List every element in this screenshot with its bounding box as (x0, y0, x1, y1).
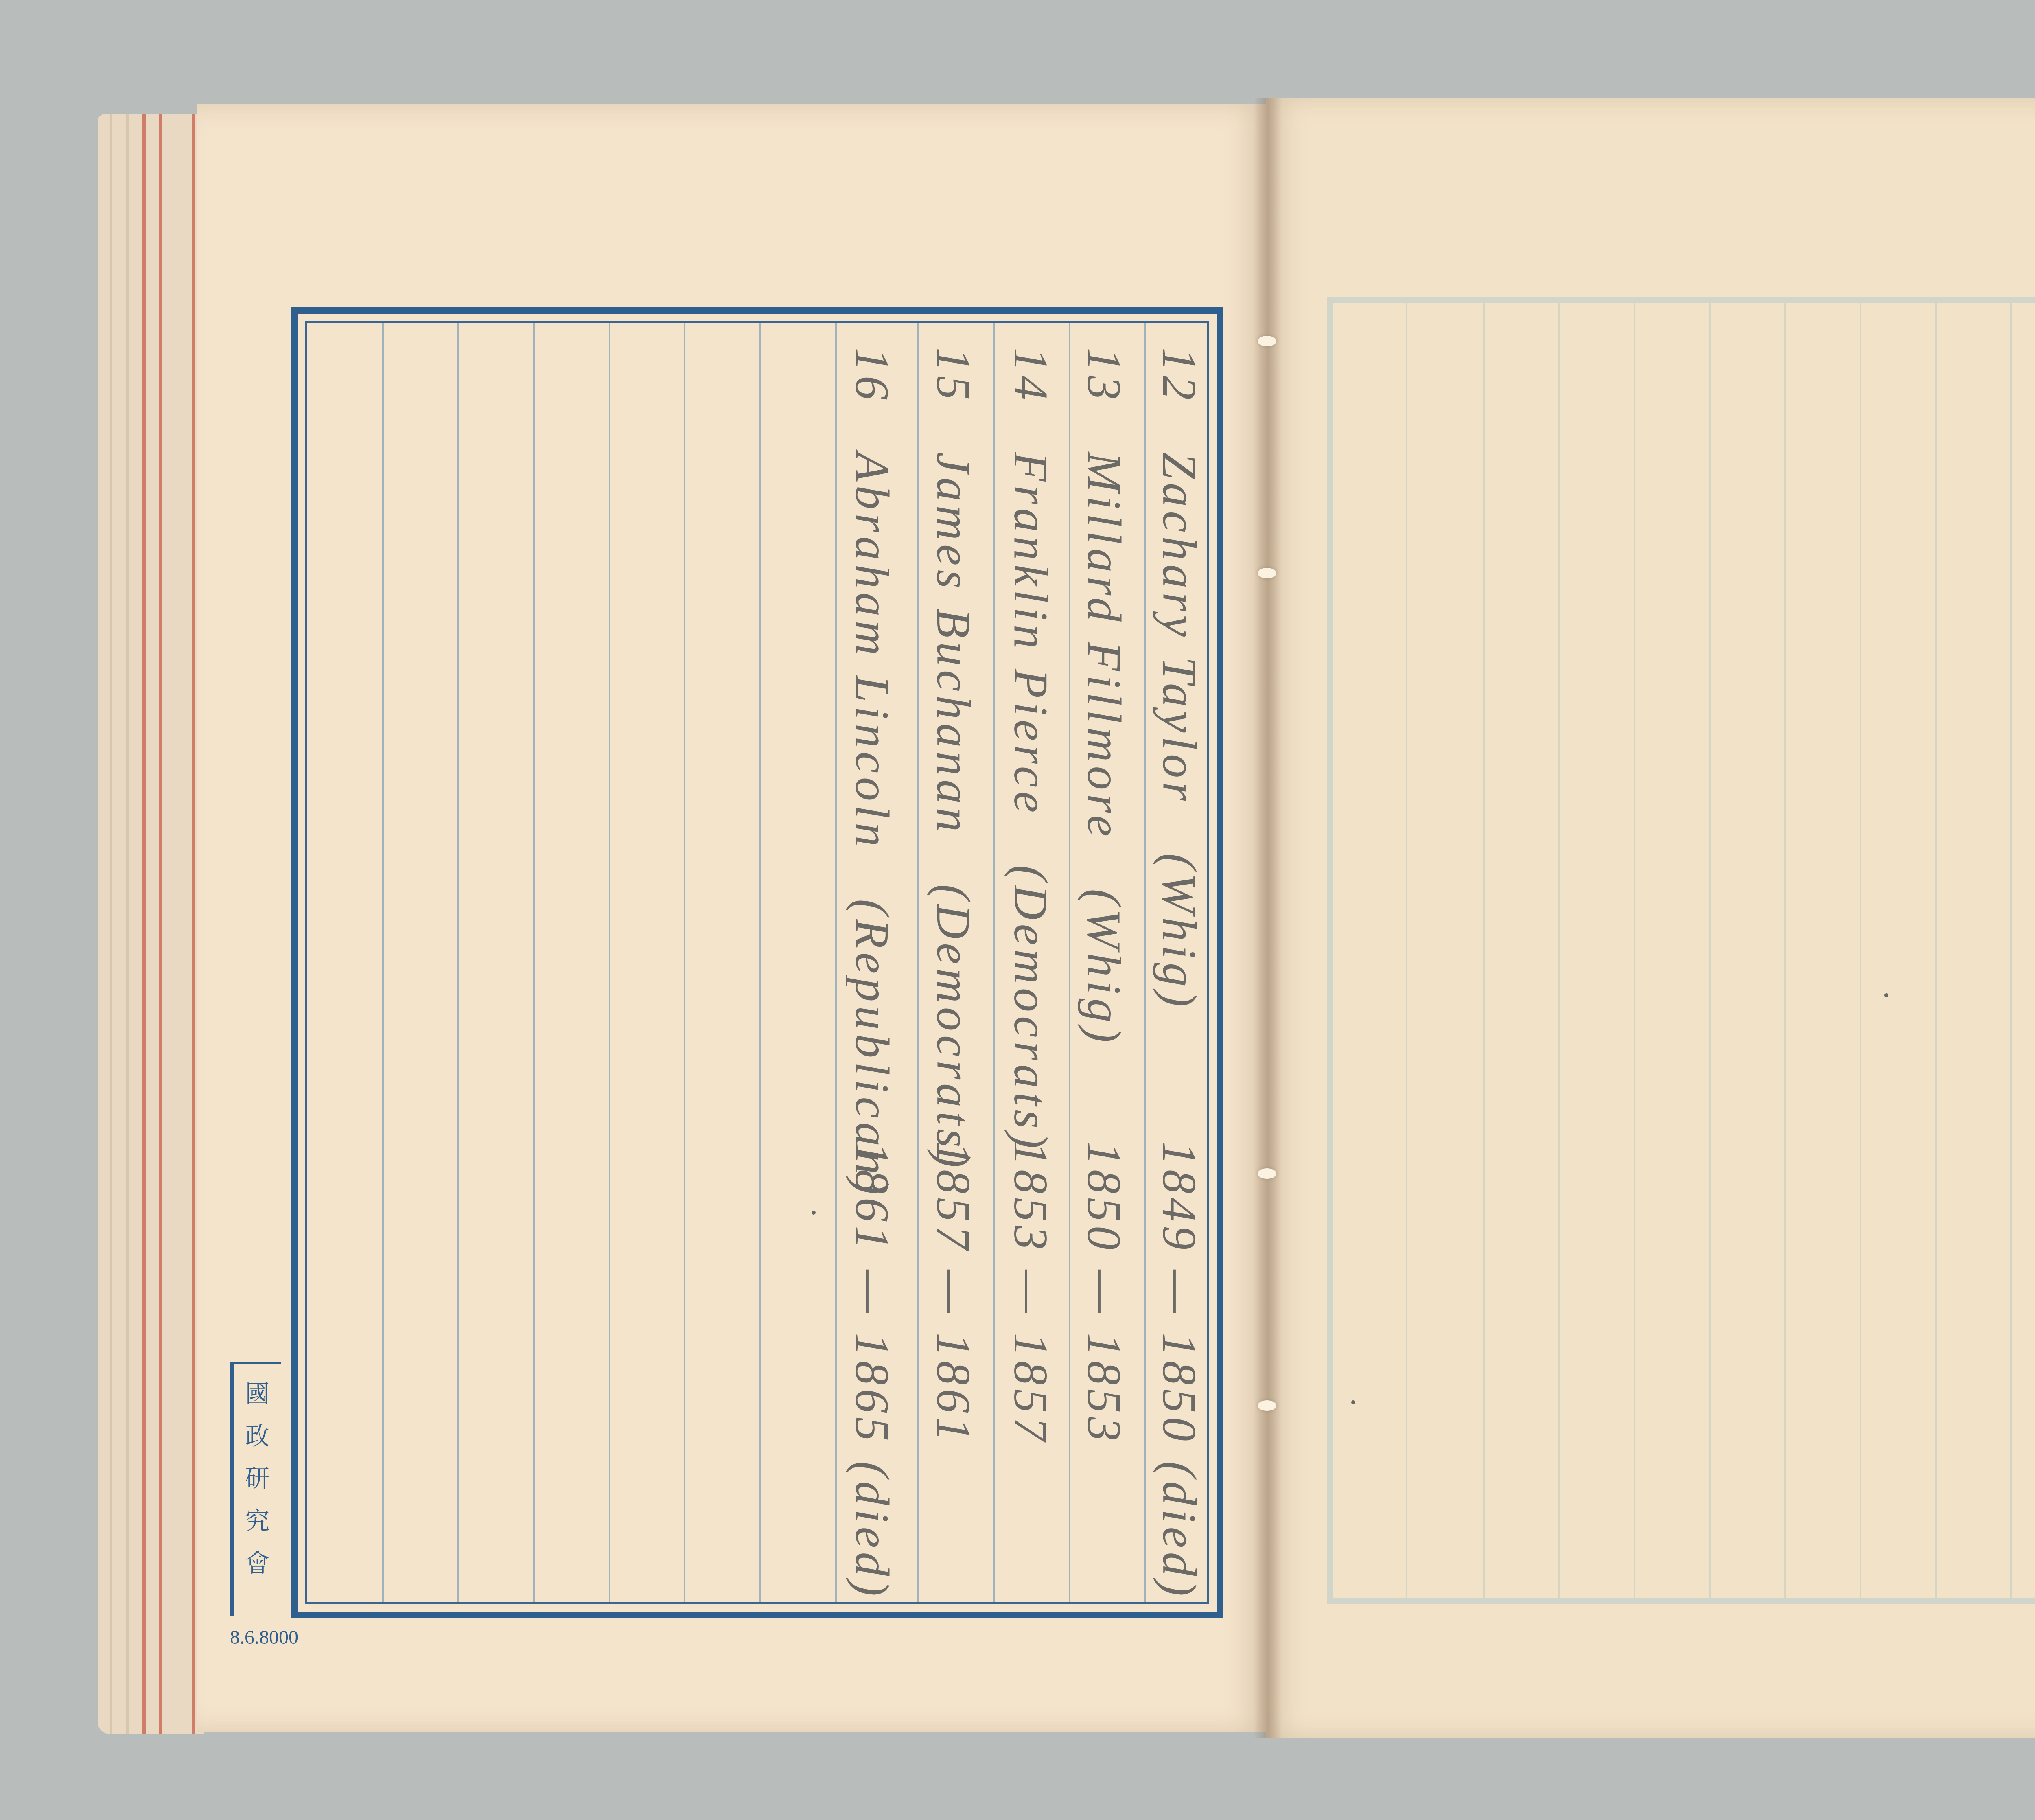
entry-12: 12 Zachary Taylor (Whig) 1849 — 1850 (di… (1151, 348, 1207, 1610)
ink-speck (812, 1211, 816, 1215)
ruled-frame: 12 Zachary Taylor (Whig) 1849 — 1850 (di… (291, 307, 1223, 1618)
column-rule (533, 323, 535, 1602)
ink-speck (1351, 1400, 1355, 1404)
binding-stitch (1258, 336, 1276, 346)
column-rule (1558, 303, 1560, 1598)
column-rule (684, 323, 685, 1602)
publisher-stamp: 國 政 研 究 會 (230, 1362, 281, 1616)
ink-speck (1884, 993, 1888, 997)
stamp-char: 國 (234, 1382, 281, 1406)
column-rule (382, 323, 384, 1602)
right-page (1266, 98, 2035, 1738)
entry-party: (Whig) (1077, 889, 1131, 1047)
entry-number: 13 (1077, 348, 1131, 404)
page-edge (110, 114, 112, 1734)
entry-years: 1861 — 1865 (died) (844, 1141, 899, 1600)
entry-13: 13 Millard Fillmore (Whig) 1850 — 1853 (1076, 348, 1131, 1610)
page-edge (126, 114, 129, 1734)
column-rule (1634, 303, 1635, 1598)
column-rule (993, 323, 995, 1602)
entry-number: 15 (927, 348, 980, 404)
entry-years: 1849 — 1850 (died) (1151, 1141, 1207, 1600)
entry-party: (Whig) (1153, 853, 1206, 1011)
print-code: 8.6.8000 (230, 1626, 298, 1649)
column-rule (2010, 303, 2012, 1598)
binding-stitch (1258, 568, 1276, 578)
entry-number: 14 (1004, 348, 1057, 404)
red-page-edge (192, 114, 195, 1734)
stamp-char: 研 (234, 1467, 281, 1491)
left-page-edges (98, 114, 203, 1734)
entry-name: James Buchanan (927, 452, 980, 836)
entry-years: 1853 — 1857 (1003, 1141, 1058, 1445)
entry-number: 16 (845, 348, 899, 404)
column-rule (457, 323, 459, 1602)
entry-name: Abraham Lincoln (845, 452, 899, 851)
column-rule (1144, 323, 1146, 1602)
entry-years: 1857 — 1861 (926, 1141, 981, 1445)
column-rule (1935, 303, 1937, 1598)
entry-name: Millard Fillmore (1077, 452, 1131, 841)
left-page: 12 Zachary Taylor (Whig) 1849 — 1850 (di… (197, 104, 1266, 1732)
entry-14: 14 Franklin Pierce (Democrats) 1853 — 18… (1003, 348, 1058, 1610)
bleed-through-frame (1327, 297, 2035, 1604)
column-rule (759, 323, 761, 1602)
column-rule (609, 323, 610, 1602)
entry-16: 16 Abraham Lincoln (Republican) 1861 — 1… (844, 348, 899, 1610)
column-rule (917, 323, 919, 1602)
column-rule (1784, 303, 1786, 1598)
stamp-char: 政 (234, 1424, 281, 1449)
red-page-edge (142, 114, 146, 1734)
stamp-char: 究 (234, 1509, 281, 1533)
column-rule (835, 323, 837, 1602)
entry-15: 15 James Buchanan (Democrats) 1857 — 186… (926, 348, 981, 1610)
ruled-frame-inner: 12 Zachary Taylor (Whig) 1849 — 1850 (di… (305, 321, 1209, 1604)
entry-number: 12 (1153, 348, 1206, 404)
binding-stitch (1258, 1168, 1276, 1179)
entry-name: Franklin Pierce (1004, 452, 1057, 817)
entry-party: (Democrats) (927, 884, 980, 1172)
column-rule (1483, 303, 1485, 1598)
column-rule (1406, 303, 1407, 1598)
entry-years: 1850 — 1853 (1076, 1141, 1131, 1445)
entry-party: (Democrats) (1004, 865, 1057, 1152)
red-page-edge (159, 114, 162, 1734)
column-rule (1069, 323, 1070, 1602)
entry-name: Zachary Taylor (1153, 452, 1206, 805)
binding-stitch (1258, 1400, 1276, 1411)
column-rule (1709, 303, 1711, 1598)
stamp-char: 會 (234, 1551, 281, 1576)
column-rule (1860, 303, 1861, 1598)
